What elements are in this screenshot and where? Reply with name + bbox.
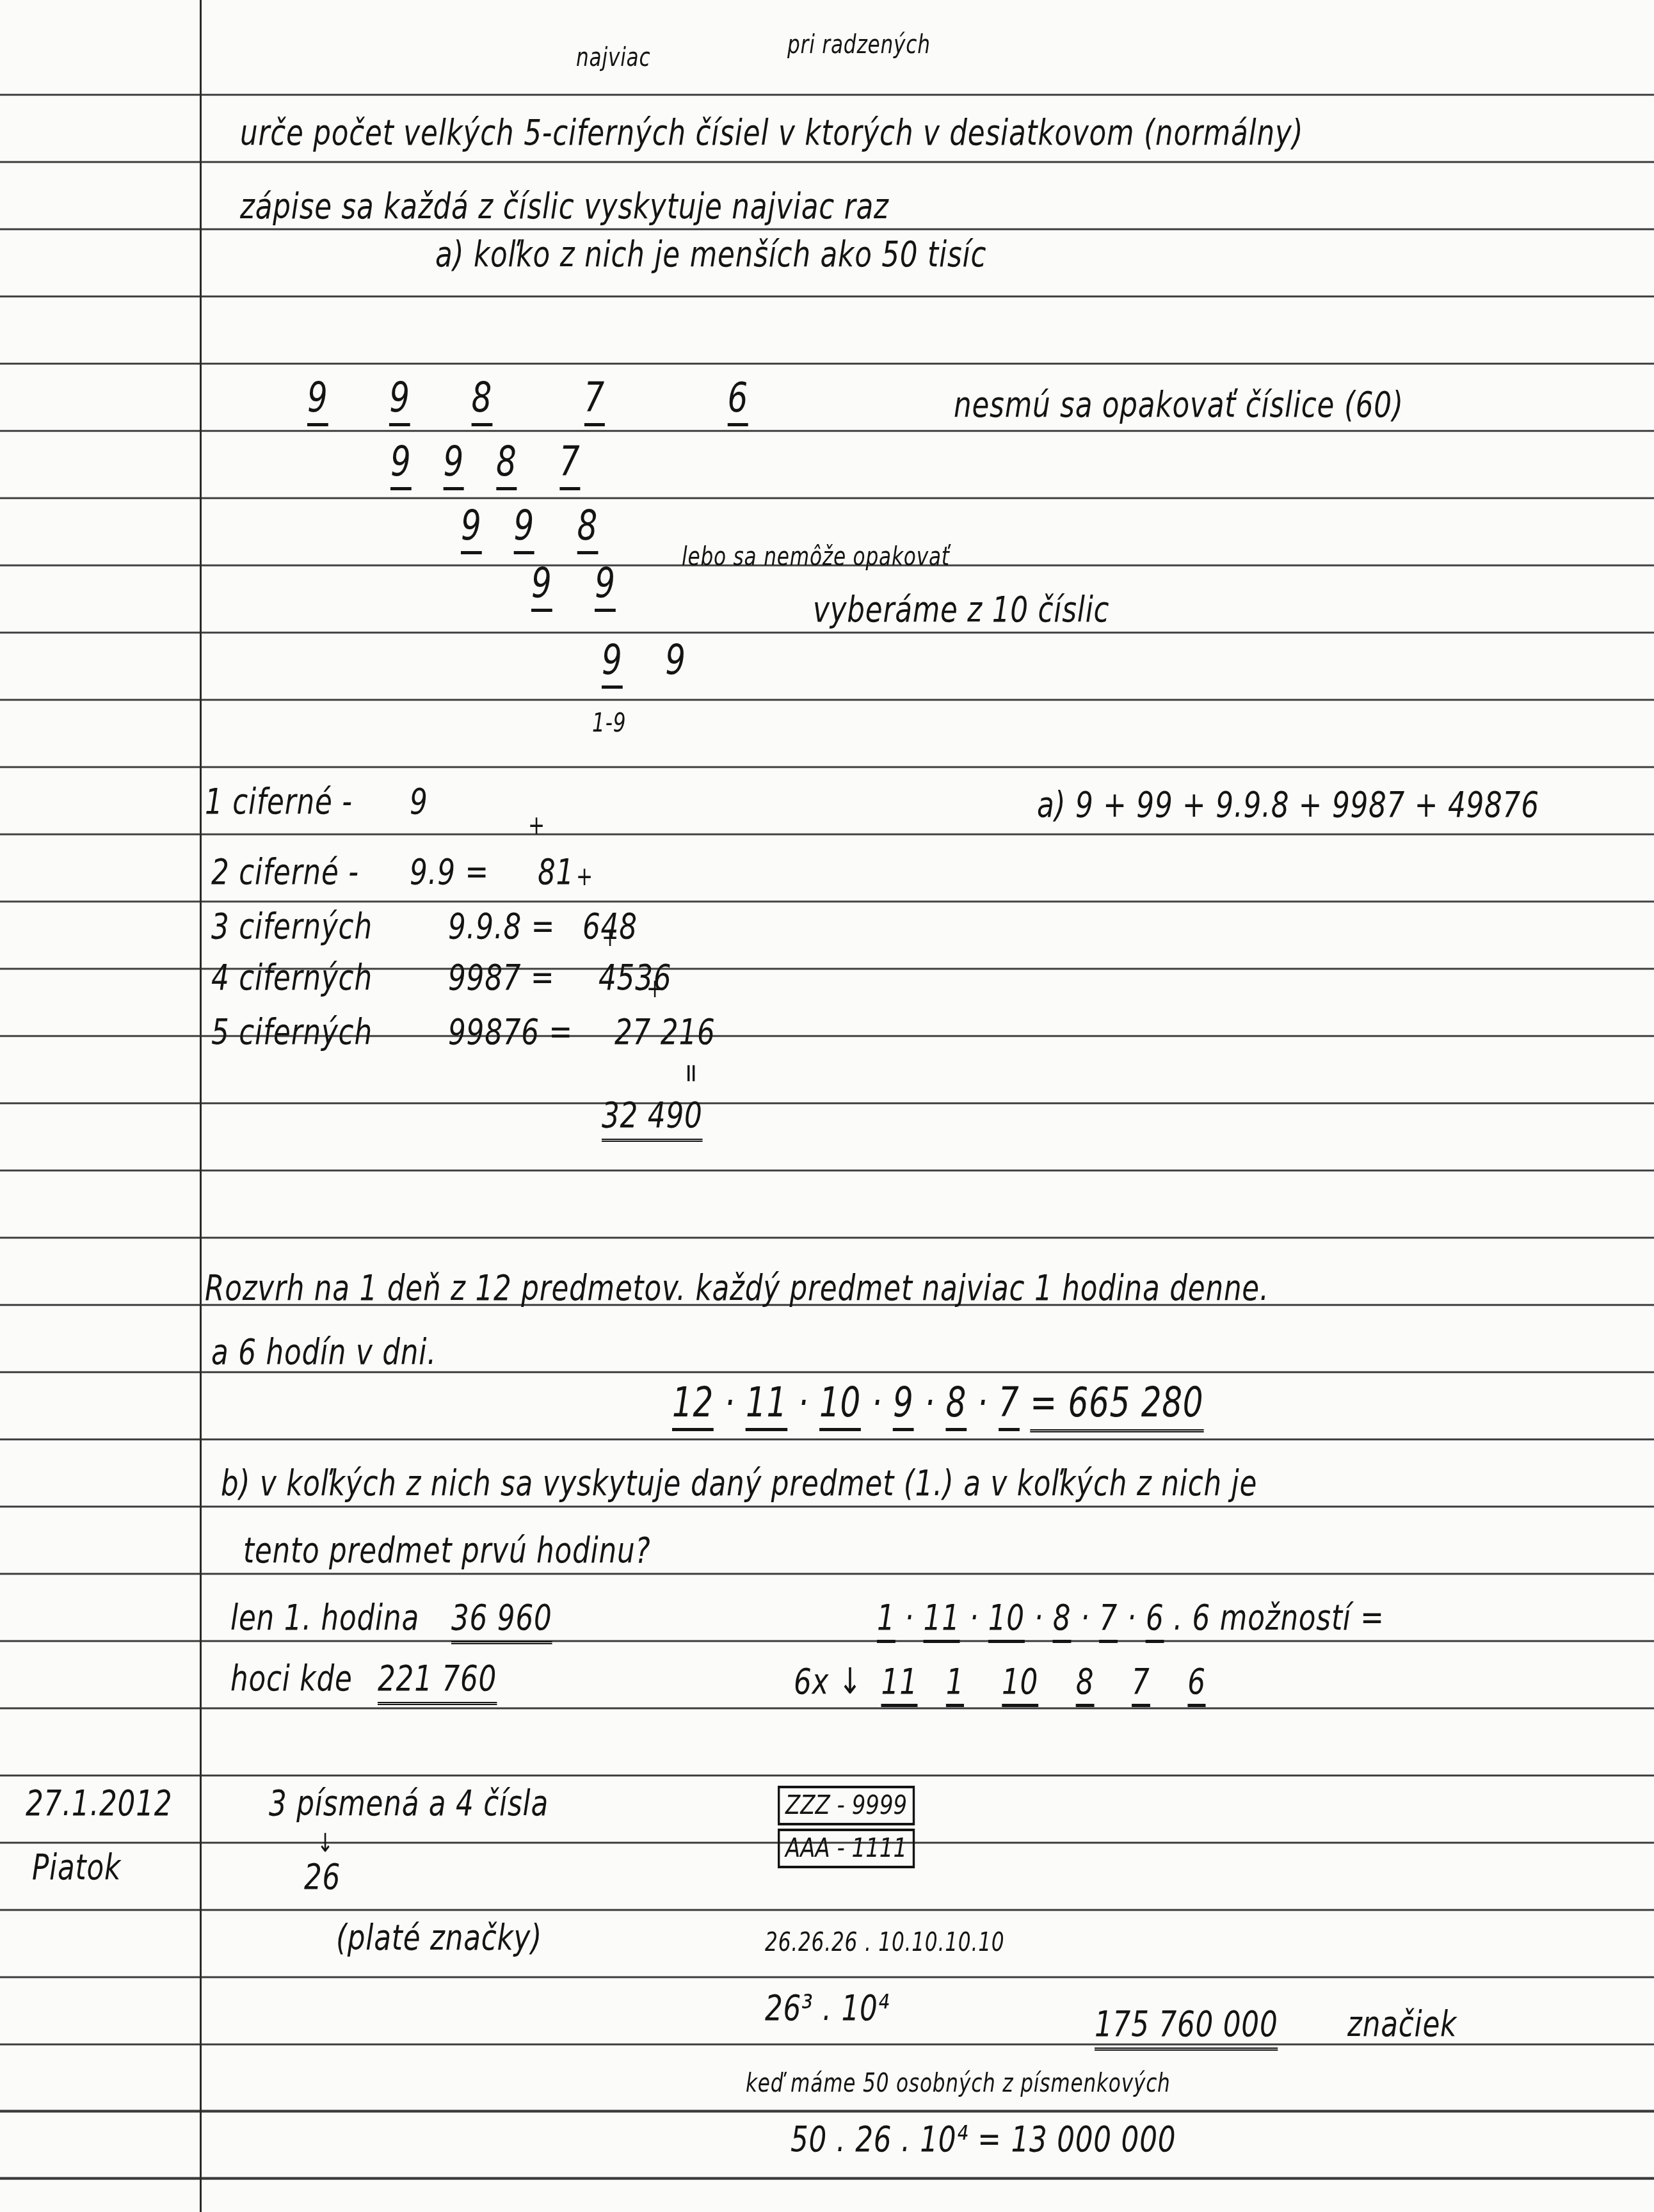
count-2-result: 81 (538, 854, 574, 890)
plates-result: 175 760 000 (1095, 2007, 1278, 2042)
count-3-label: 3 ciferných (211, 909, 373, 945)
question-b-line1: b) v koľkých z nich sa vyskytuje daný pr… (221, 1466, 1257, 1502)
digits-row-2: 9 9 8 7 (390, 442, 581, 483)
count-5-result: 27 216 (614, 1014, 716, 1050)
plates-unit: značiek (1347, 2007, 1457, 2042)
problem2-line1: Rozvrh na 1 deň z 12 predmetov. každý pr… (205, 1270, 1269, 1306)
digits-row-4: 9 9 (531, 563, 616, 604)
plus-sign: + (646, 976, 664, 1002)
problem1-line2: zápise sa každá z číslic vyskytuje najvi… (240, 189, 889, 225)
margin-line (200, 0, 202, 2212)
formula-with-subject: 1 · 11 · 10 · 8 · 7 · 6 . 6 možností = (877, 1600, 1385, 1636)
anywhere-value: 221 760 (378, 1661, 497, 1697)
anywhere-label: hoci kde (230, 1661, 353, 1697)
plate-range-bottom: AAA - 1111 (778, 1829, 915, 1868)
lined-notebook-page (0, 0, 1654, 2212)
count-2-label: 2 ciferné - (211, 854, 359, 890)
total-result: 32 490 (602, 1098, 703, 1134)
margin-date: 27.1.2012 (26, 1786, 172, 1822)
plus-sign: + (576, 864, 593, 890)
problem3-note: (platé značky) (336, 1920, 542, 1956)
count-1-expr: 9 (410, 784, 428, 820)
calc2: 50 . 26 . 10⁴ = 13 000 000 (791, 2122, 1176, 2158)
margin-day: Piatok (32, 1850, 121, 1886)
count-2-expr: 9.9 = (410, 854, 489, 890)
count-5-expr: 99876 = (448, 1014, 573, 1050)
count-1-label: 1 ciferné - (205, 784, 353, 820)
only-first-label: len 1. hodina (230, 1600, 419, 1636)
digits-row-5: 9 9 (602, 640, 686, 681)
count-3-expr: 9.9.8 = (448, 909, 555, 945)
plate-range-top: ZZZ - 9999 (778, 1786, 915, 1825)
insert-priradzenych: pri radzených (787, 32, 931, 58)
question-a: a) koľko z nich je menších ako 50 tisíc (435, 237, 986, 273)
count-4-label: 4 ciferných (211, 960, 373, 996)
digits-row-3: 9 9 8 (461, 506, 598, 547)
problem3-line1: 3 písmená a 4 čísla (269, 1786, 549, 1822)
note-cannot-repeat: lebo sa nemôže opakovať (682, 544, 950, 570)
power-form: 26³ . 10⁴ (765, 1991, 890, 2026)
count-5-label: 5 ciferných (211, 1014, 373, 1050)
insert-najviac: najviac (576, 45, 650, 70)
problem3-note2: keď máme 50 osobných z písmenkových (746, 2071, 1171, 2096)
question-b-line2: tento predmet prvú hodinu? (243, 1533, 650, 1569)
only-first-value: 36 960 (451, 1600, 552, 1636)
product-formula: 12 · 11 · 10 · 9 · 8 · 7 = 665 280 (672, 1382, 1203, 1423)
problem1-line1: urče počet velkých 5-ciferných čísiel v … (240, 115, 1303, 151)
digits-row-1: 9 9 8 7 6 (307, 378, 748, 419)
note-no-repeat: nesmú sa opakovať číslice (60) (954, 387, 1404, 423)
problem2-line2: a 6 hodín v dni. (211, 1334, 437, 1370)
digits-row-5-label: 1-9 (592, 710, 626, 736)
equals-mark: = (678, 1062, 704, 1085)
count-4-expr: 9987 = (448, 960, 554, 996)
plus-sign: + (602, 925, 619, 950)
arrow-down-icon: ↓ (317, 1831, 334, 1856)
letters-count: 26 (304, 1859, 341, 1895)
expansion: 26.26.26 . 10.10.10.10 (765, 1930, 1004, 1955)
plus-sign: + (528, 813, 545, 838)
sum-formula: a) 9 + 99 + 9.9.8 + 9987 + 49876 (1037, 787, 1539, 823)
note-choose: vyberáme z 10 číslic (813, 592, 1109, 628)
positions-row: 6x ↓ 11 1 10 8 7 6 (794, 1664, 1206, 1700)
